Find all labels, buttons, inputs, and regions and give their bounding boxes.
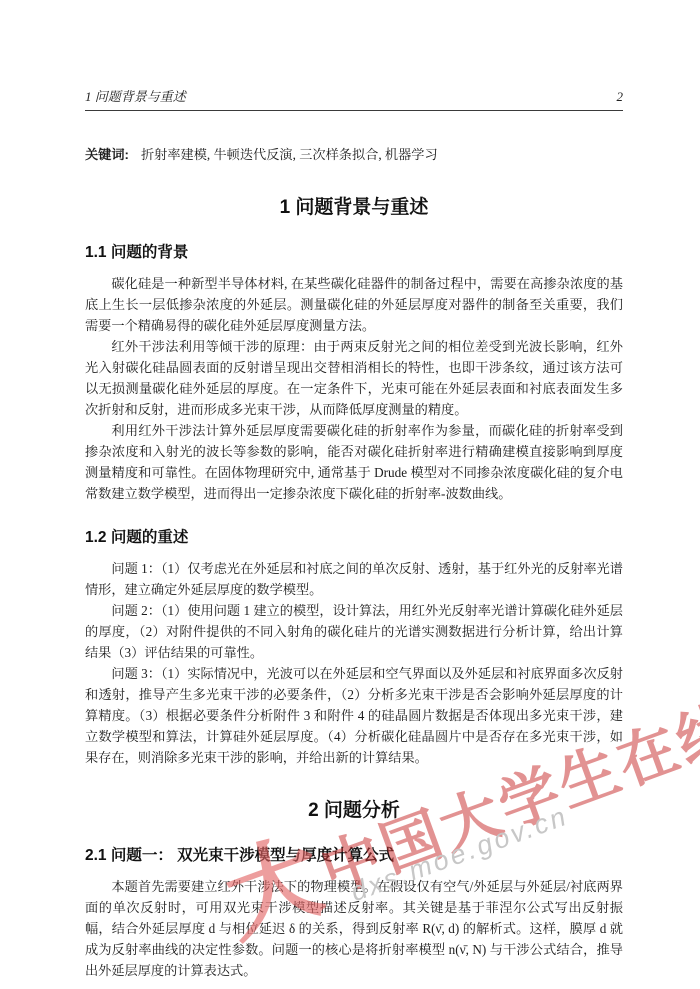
paragraph-question-2: 问题 2：（1）使用问题 1 建立的模型，设计算法，用红外光反射率光谱计算碳化硅… bbox=[85, 600, 623, 663]
subsection-1-1-title: 1.1 问题的背景 bbox=[85, 240, 623, 262]
section-2-title: 2 问题分析 bbox=[85, 795, 623, 822]
keywords-text: 折射率建模, 牛顿迭代反演, 三次样条拟合, 机器学习 bbox=[141, 147, 438, 162]
running-header: 1 问题背景与重述 2 bbox=[85, 86, 623, 105]
subsection-2-1-title: 2.1 问题一： 双光束干涉模型与厚度计算公式 bbox=[85, 843, 623, 865]
paper-page: 1 问题背景与重述 2 关键词:折射率建模, 牛顿迭代反演, 三次样条拟合, 机… bbox=[85, 86, 623, 981]
paragraph-analysis-1: 本题首先需要建立红外干涉法下的物理模型。在假设仅有空气/外延层与外延层/衬底两界… bbox=[85, 876, 623, 981]
paragraph-background-1: 碳化硅是一种新型半导体材料, 在某些碳化硅器件的制备过程中，需要在高掺杂浓度的基… bbox=[85, 273, 623, 336]
paragraph-background-2: 红外干涉法利用等倾干涉的原理：由于两束反射光之间的相位差受到光波长影响，红外光入… bbox=[85, 336, 623, 420]
section-1-title: 1 问题背景与重述 bbox=[85, 192, 623, 219]
running-header-section: 1 问题背景与重述 bbox=[85, 86, 186, 105]
keywords-line: 关键词:折射率建模, 牛顿迭代反演, 三次样条拟合, 机器学习 bbox=[85, 144, 623, 165]
page-number: 2 bbox=[617, 89, 624, 105]
paragraph-background-3: 利用红外干涉法计算外延层厚度需要碳化硅的折射率作为参量，而碳化硅的折射率受到掺杂… bbox=[85, 420, 623, 504]
paragraph-question-1: 问题 1：（1）仅考虑光在外延层和衬底之间的单次反射、透射，基于红外光的反射率光… bbox=[85, 558, 623, 600]
header-rule bbox=[85, 110, 623, 111]
paragraph-question-3: 问题 3：（1）实际情况中，光波可以在外延层和空气界面以及外延层和衬底界面多次反… bbox=[85, 663, 623, 768]
keywords-label: 关键词: bbox=[85, 147, 129, 162]
subsection-1-2-title: 1.2 问题的重述 bbox=[85, 525, 623, 547]
